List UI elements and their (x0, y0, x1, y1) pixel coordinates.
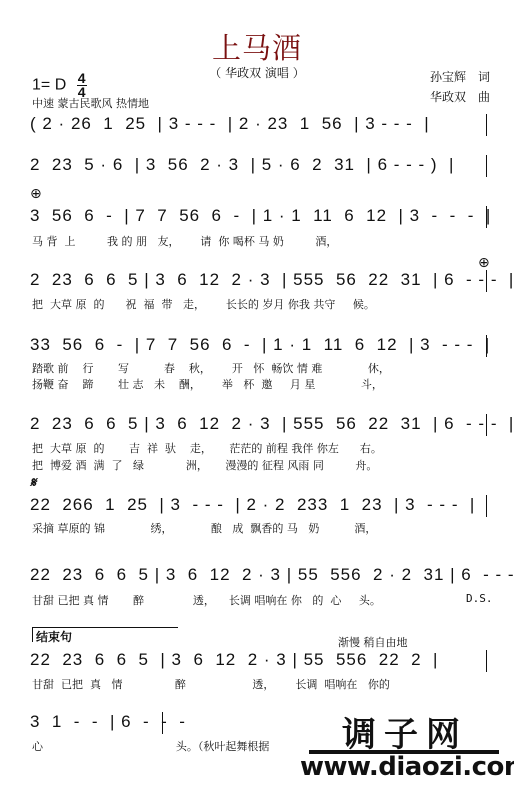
notes: 2 23 6 6 5 | 3 6 12 2 · 3 | 555 56 22 31… (30, 414, 514, 434)
barline (486, 270, 487, 292)
coda-sign-icon: ⊕ (478, 255, 490, 271)
composer-name: 华政双 (430, 88, 478, 105)
composer-role: 曲 (478, 90, 490, 104)
notes: ( 2 · 26 1 25 | 3 - - - | 2 · 23 1 56 | … (30, 114, 430, 134)
lyrics-row-9: 甘甜 已把 真 情 醉 透， 长调 唱响在 你的 (32, 676, 492, 692)
barline (486, 650, 487, 672)
notes: 3 56 6 - | 7 7 56 6 - | 1 · 1 11 6 12 | … (30, 206, 491, 226)
key-label: 1= D (32, 77, 66, 94)
song-title: 上马酒 (0, 26, 514, 67)
watermark-url: www.diaozi.com (300, 752, 514, 782)
lyrics-row-5-verse-1: 踏歌 前 行 写 春 秋， 开 怀 畅饮 情 难 休， (32, 360, 492, 376)
notes: 2 23 5 · 6 | 3 56 2 · 3 | 5 · 6 2 31 | 6… (30, 155, 454, 175)
notes: 33 56 6 - | 7 7 56 6 - | 1 · 1 11 6 12 |… (30, 335, 490, 355)
composer-credit: 华政双曲 (430, 88, 490, 105)
watermark-brand: 调子网 (342, 707, 468, 756)
lyricist-credit: 孙宝辉词 (430, 68, 490, 85)
barline (486, 206, 487, 228)
notes: 2 23 6 6 5 | 3 6 12 2 · 3 | 555 56 22 31… (30, 270, 514, 290)
notes: 22 266 1 25 | 3 - - - | 2 · 2 233 1 23 |… (30, 495, 475, 515)
barline (486, 114, 487, 136)
score-row-2: 2 23 5 · 6 | 3 56 2 · 3 | 5 · 6 2 31 | 6… (30, 155, 490, 185)
score-row-8: 22 23 6 6 5 | 3 6 12 2 · 3 | 55 556 2 · … (30, 565, 490, 595)
notes: 22 23 6 6 5 | 3 6 12 2 · 3 | 55 556 22 2… (30, 650, 438, 670)
notes: 22 23 6 6 5 | 3 6 12 2 · 3 | 55 556 2 · … (30, 565, 514, 585)
lyrics-row-5-verse-2: 扬鞭 奋 蹄 壮 志 未 酬， 举 杯 邀 月 星 斗， (32, 376, 492, 392)
score-row-3: 3 56 6 - | 7 7 56 6 - | 1 · 1 11 6 12 | … (30, 206, 490, 236)
lyrics-row-7: 采摘 草原的 锦 绣， 酿 成 飘香的 马 奶 酒， (32, 520, 492, 536)
barline (486, 155, 487, 177)
tempo-marking: 中速 蒙古民歌风 热情地 (32, 95, 149, 111)
lyrics-row-6-verse-2: 把 博爱 酒 满 了 绿 洲， 漫漫的 征程 风雨 同 舟。 (32, 457, 492, 473)
dal-segno-marking: D.S. (466, 592, 493, 605)
lyrics-row-8: 甘甜 已把 真 情 醉 透， 长调 唱响在 你 的 心 头。 (32, 592, 492, 608)
lyrics-row-6-verse-1: 把 大草 原 的 吉 祥 驮 走， 茫茫的 前程 我伴 你左 右。 (32, 440, 492, 456)
segno-icon: 𝄋 (30, 475, 36, 491)
expression-marking: 渐慢 稍自由地 (338, 634, 408, 650)
lyrics-row-3: 马 背 上 我 的 朋 友， 请 你 喝杯 马 奶 酒， (32, 233, 492, 249)
ending-bracket: 结束句 (32, 627, 178, 642)
barline (162, 712, 163, 734)
score-row-1: ( 2 · 26 1 25 | 3 - - - | 2 · 23 1 56 | … (30, 114, 490, 144)
coda-sign-icon: ⊕ (30, 186, 42, 202)
lyrics-row-4: 把 大草 原 的 祝 福 带 走， 长长的 岁月 你我 共守 候。 (32, 296, 492, 312)
ending-label: 结束句 (36, 630, 72, 644)
barline (486, 335, 487, 357)
lyricist-name: 孙宝辉 (430, 68, 478, 85)
lyricist-role: 词 (478, 70, 490, 84)
barline (486, 495, 487, 517)
barline (486, 414, 487, 436)
